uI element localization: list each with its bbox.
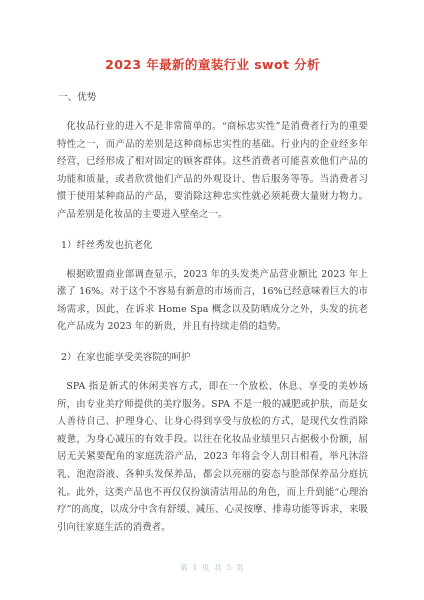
paragraph-brand-loyalty: 化妆品行业的进入不是非常简单的。“商标忠实性”是消费者行为的重要特性之一，而产品… bbox=[57, 118, 368, 224]
page-number-footer: 第 1 页 共 5 页 bbox=[57, 562, 368, 573]
paragraph-hair-market: 根据欧盟商业部调查显示，2023 年的头发类产品营业额比 2023 年上涨了 1… bbox=[57, 266, 368, 336]
paragraph-spa: SPA 指是新式的休闲美容方式，即在一个放松、休息、享受的美妙场所，由专业美疗师… bbox=[57, 378, 368, 536]
document-page: 2023 年最新的童装行业 swot 分析 一、优势 化妆品行业的进入不是非常简… bbox=[0, 0, 424, 600]
subheading-anti-aging-hair: 1）纤丝秀发也抗老化 bbox=[61, 239, 368, 253]
document-title: 2023 年最新的童装行业 swot 分析 bbox=[57, 56, 368, 74]
section-heading-advantages: 一、优势 bbox=[58, 91, 368, 105]
subheading-home-spa: 2）在家也能享受美容院的呵护 bbox=[61, 351, 368, 365]
